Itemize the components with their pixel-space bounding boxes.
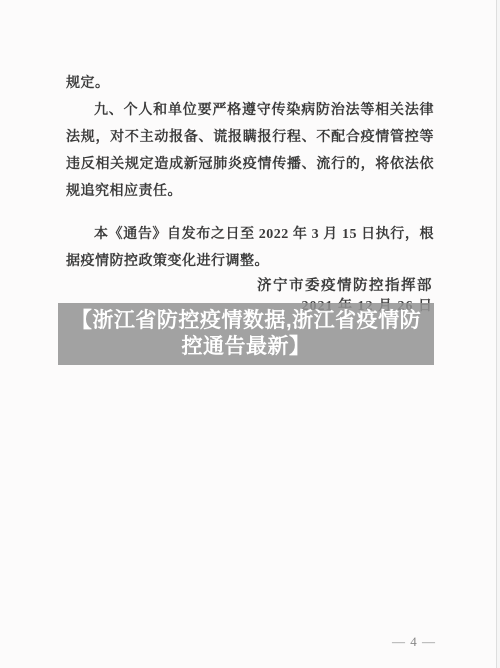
document-body: 规定。 九、个人和单位要严格遵守传染病防治法等相关法律法规，对不主动报备、谎报瞒… <box>66 70 434 275</box>
paragraph-continuation: 规定。 <box>66 70 434 97</box>
caption-overlay-band: 【浙江省防控疫情数据,浙江省疫情防控通告最新】 <box>58 303 434 365</box>
page-number: — 4 — <box>384 634 444 650</box>
paragraph-item-nine: 九、个人和单位要严格遵守传染病防治法等相关法律法规，对不主动报备、谎报瞒报行程、… <box>66 97 434 205</box>
caption-overlay-title: 【浙江省防控疫情数据,浙江省疫情防控通告最新】 <box>58 308 434 360</box>
paragraph-validity: 本《通告》自发布之日至 2022 年 3 月 15 日执行，根据疫情防控政策变化… <box>66 221 434 275</box>
scanned-document-page: 规定。 九、个人和单位要严格遵守传染病防治法等相关法律法规，对不主动报备、谎报瞒… <box>0 0 500 668</box>
issuing-authority-signature: 济宁市委疫情防控指挥部 <box>257 274 433 295</box>
